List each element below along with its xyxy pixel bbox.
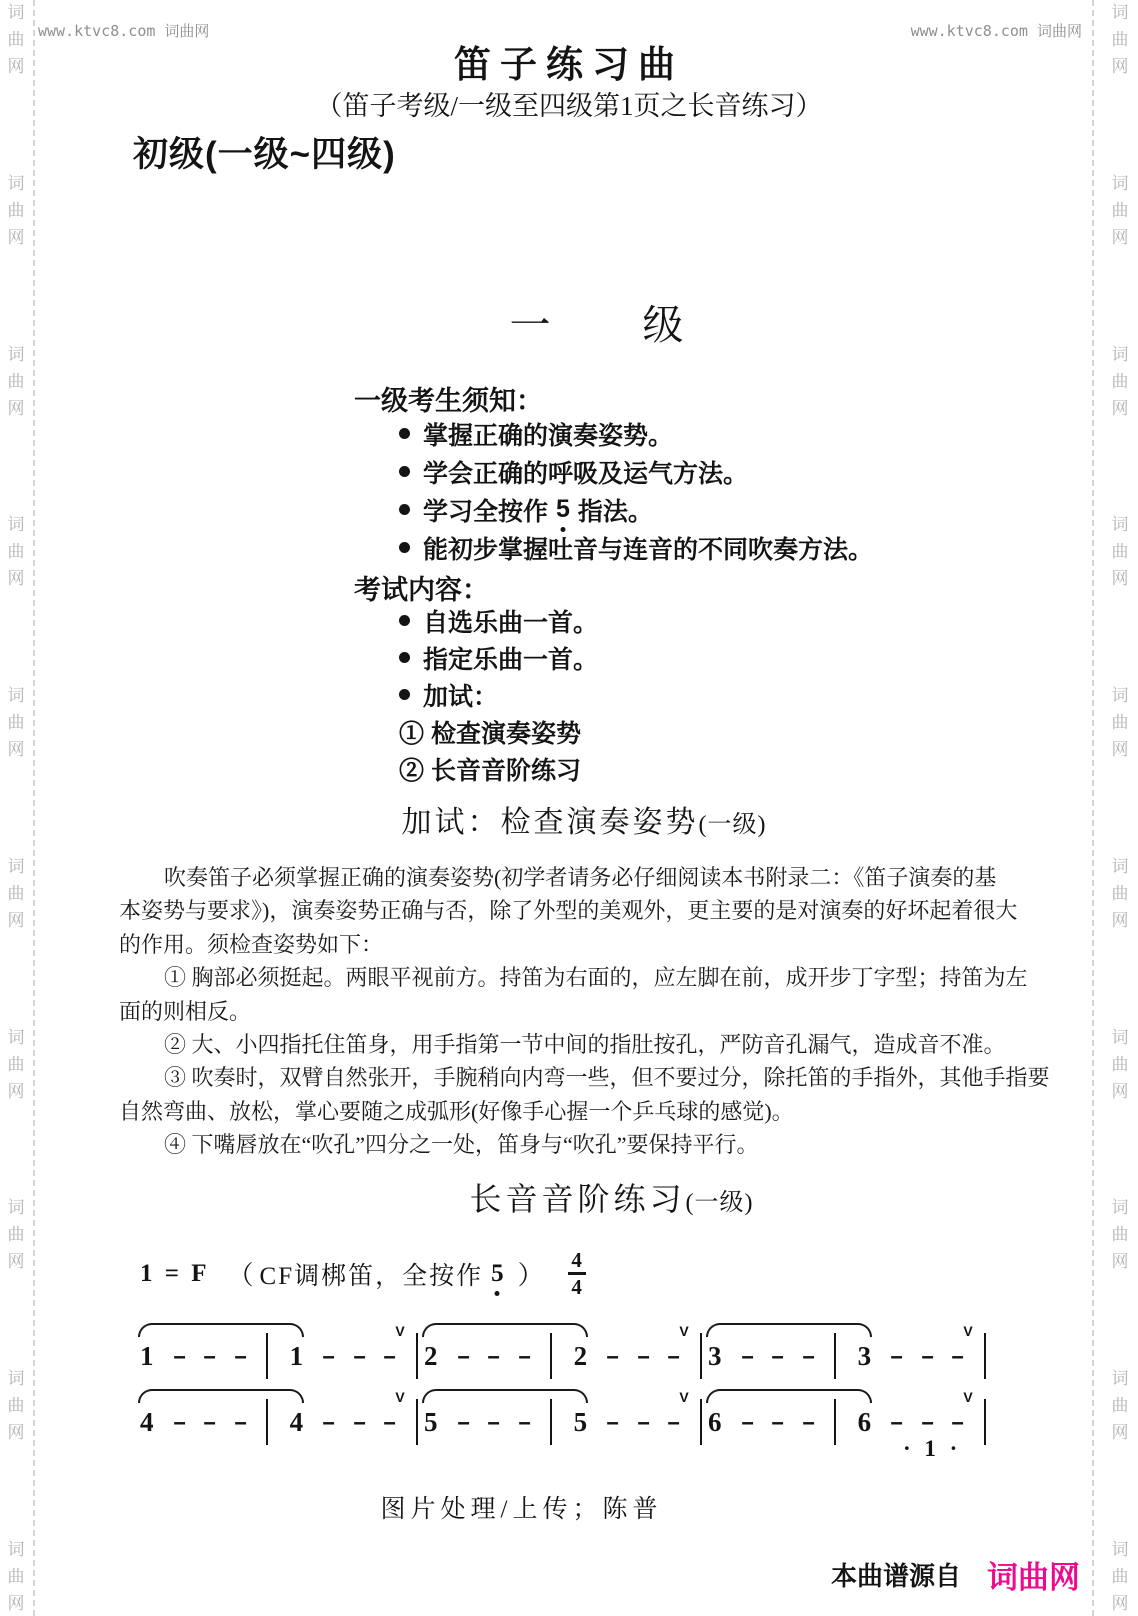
notice-item-text: 学习全按作 [423,492,548,528]
notice-item-label: 学习全按作 5 指法。 [423,492,653,528]
dash: - [921,1342,935,1370]
grade-char-1: 一 [510,302,551,348]
watermark-char: 网 [1112,570,1129,587]
watermark-char: 网 [1112,1253,1129,1270]
source-brand-logo: 词曲网 [987,1552,1080,1597]
bullet-icon [399,504,410,515]
notice-item: 能初步掌握吐音与连音的不同吹奏方法。 [399,535,873,560]
watermark-char: 曲 [8,1568,25,1585]
watermark-char: 网 [1112,741,1129,758]
posture-heading-main: 加试：检查演奏姿势 [402,806,699,839]
dash: - [740,1342,754,1370]
dash: - [801,1342,815,1370]
dash-with-breath: - V [385,1408,394,1436]
level-heading: 初级(一级~四级) [133,127,396,177]
dash: - [322,1342,336,1370]
watermark-char: 曲 [1112,714,1129,731]
exam-sub-item-label: ② 长音音阶练习 [399,751,581,787]
bullet-icon [399,652,410,663]
watermark-char: 网 [8,741,25,758]
note: 5 [574,1409,588,1436]
paragraph-line: ④ 下嘴唇放在“吹孔”四分之一处，笛身与“吹孔”要保持平行。 [119,1128,1029,1161]
scanned-sheet-page: www.ktvc8.com 词曲网 www.ktvc8.com 词曲网 词曲网词… [0,0,1138,1616]
paragraph-line: ② 大、小四指托住笛身，用手指第一节中间的指肚按孔，严防音孔漏气，造成音不准。 [119,1028,1029,1061]
watermark-char: 网 [8,1595,25,1612]
watermark-group: 词曲网 [3,1541,29,1612]
watermark-char: 网 [1112,912,1129,929]
music-notation: 1 - - - 1 - - - V 2 - - - [138,1330,990,1462]
dash: - [801,1408,815,1436]
exam-item: 自选乐曲一首。 [399,608,598,633]
barline [266,1399,268,1445]
page-subtitle: （笛子考级/一级至四级第1页之长音练习） [0,84,1138,123]
note: 1 [290,1343,304,1370]
watermark-char: 词 [8,687,25,704]
exam-sub-item-label: ① 检查演奏姿势 [399,714,581,750]
watermark-group: 词曲网 [1107,1029,1133,1100]
breath-mark-icon: V [395,1323,404,1339]
slur-arc [138,1323,304,1337]
dash: - [890,1342,904,1370]
dash: - [456,1408,470,1436]
note: 6 [858,1409,872,1436]
key-signature: 1 = F （ CF调梆笛，全按作 5 ） 4 4 [140,1249,586,1298]
dash: - [456,1342,470,1370]
watermark-char: 网 [1112,1595,1129,1612]
page-number: · 1 · [903,1436,961,1462]
dash-with-breath: - V [385,1342,394,1370]
note: 6 [708,1409,722,1436]
bullet-icon [399,615,410,626]
watermark-char: 网 [1112,400,1129,417]
bullet-icon [399,542,410,553]
barline [984,1399,986,1445]
watermark-group: 词曲网 [3,858,29,929]
exam-heading: 考试内容： [354,568,489,607]
watermark-group: 词曲网 [3,175,29,246]
dash: - [233,1408,247,1436]
watermark-char: 曲 [8,373,25,390]
note: 4 [290,1409,304,1436]
barline [834,1399,836,1445]
watermark-group: 词曲网 [1107,858,1133,929]
exam-list: 自选乐曲一首。 指定乐曲一首。 加试： ① 检查演奏姿势 ② 长音音阶练习 [399,608,598,781]
dash: - [203,1408,217,1436]
grade-char-2: 级 [643,302,684,348]
watermark-char: 词 [8,1541,25,1558]
dash: - [172,1408,186,1436]
paragraph-line: 本姿势与要求》)，演奏姿势正确与否，除了外型的美观外，更主要的是对演奏的好坏起着… [119,894,1029,927]
barline [834,1333,836,1379]
music-line: 1 - - - 1 - - - V 2 - - - [138,1330,990,1382]
exam-item-label: 加试： [423,677,498,713]
dash: - [353,1408,367,1436]
dash: - [487,1342,501,1370]
watermark-char: 曲 [1112,1568,1129,1585]
watermark-char: 词 [1112,1370,1129,1387]
time-denominator: 4 [571,1276,582,1298]
watermark-char: 网 [1112,229,1129,246]
dash-with-breath: - V [669,1342,678,1370]
dash: - [667,1342,681,1370]
key-description: CF调梆笛，全按作 [260,1256,484,1292]
watermark-group: 词曲网 [3,1370,29,1441]
dash: - [172,1342,186,1370]
breath-mark-icon: V [395,1389,404,1405]
watermark-char: 词 [1112,4,1129,21]
bullet-icon [399,466,410,477]
exam-sub-item: ① 检查演奏姿势 [399,719,598,744]
dash: - [353,1342,367,1370]
watermark-group: 词曲网 [1107,346,1133,417]
music-phrase: 1 - - - 1 - - - V [138,1330,422,1382]
barline [984,1333,986,1379]
dash: - [921,1408,935,1436]
music-phrase: 4 - - - 4 - - - V [138,1396,422,1448]
watermark-char: 词 [1112,175,1129,192]
watermark-char: 词 [1112,858,1129,875]
paragraph-line: 的作用。须检查姿势如下： [119,928,1029,961]
paragraph-line: 面的则相反。 [119,995,1029,1028]
low-octave-note: 5 [491,1260,504,1288]
note: 5 [556,495,570,523]
watermark-char: 曲 [1112,373,1129,390]
paragraph-line: 自然弯曲、放松，掌心要随之成弧形(好像手心握一个乒乓球的感觉)。 [119,1095,1029,1128]
watermark-char: 网 [1112,1424,1129,1441]
watermark-group: 词曲网 [1107,1370,1133,1441]
music-phrase: 3 - - - 3 - - - V [706,1330,990,1382]
dash: - [951,1408,965,1436]
watermark-group: 词曲网 [3,1029,29,1100]
dash: - [637,1408,651,1436]
slur-arc [706,1389,872,1403]
watermark-char: 词 [1112,1029,1129,1046]
note: 5 [424,1409,438,1436]
notice-heading: 一级考生须知： [354,379,543,418]
watermark-char: 曲 [8,543,25,560]
dash-with-breath: - V [669,1408,678,1436]
watermark-char: 网 [8,1424,25,1441]
watermark-char: 词 [8,1029,25,1046]
grade-heading: 一级 [0,292,1138,351]
watermark-char: 网 [1112,1083,1129,1100]
page-title: 笛子练习曲 [0,34,1138,88]
dash: - [890,1408,904,1436]
dash: - [606,1408,620,1436]
barline [550,1399,552,1445]
notice-item-label: 能初步掌握吐音与连音的不同吹奏方法。 [423,530,873,566]
watermark-char: 词 [8,516,25,533]
watermark-char: 词 [1112,1541,1129,1558]
watermark-group: 词曲网 [3,516,29,587]
note: 3 [708,1343,722,1370]
watermark-char: 词 [8,4,25,21]
notice-item: 学会正确的呼吸及运气方法。 [399,459,873,484]
paragraph-line: ① 胸部必须挺起。两眼平视前方。持笛为右面的，应左脚在前，成开步丁字型；持笛为左 [119,961,1029,994]
notice-item-label: 掌握正确的演奏姿势。 [423,416,673,452]
paren-open: （ [228,1255,254,1292]
barline [416,1333,418,1379]
watermark-char: 曲 [8,885,25,902]
barline [550,1333,552,1379]
exam-item: 加试： [399,682,598,707]
dash: - [517,1342,531,1370]
watermark-char: 曲 [8,1226,25,1243]
watermark-char: 曲 [1112,1397,1129,1414]
dash: - [233,1342,247,1370]
watermark-char: 网 [8,400,25,417]
exam-item-label: 指定乐曲一首。 [423,640,598,676]
watermark-char: 曲 [8,1056,25,1073]
watermark-group: 词曲网 [1107,687,1133,758]
low-octave-note: 5 [556,495,570,524]
exam-item: 指定乐曲一首。 [399,645,598,670]
watermark-char: 词 [8,858,25,875]
barline [700,1399,702,1445]
barline [416,1399,418,1445]
time-signature: 4 4 [568,1249,586,1298]
dash: - [606,1342,620,1370]
paragraph-line: 吹奏笛子必须掌握正确的演奏姿势(初学者请务必仔细阅读本书附录二：《笛子演奏的基 [119,861,1029,894]
dash: - [203,1342,217,1370]
watermark-char: 网 [8,570,25,587]
watermark-group: 词曲网 [3,687,29,758]
watermark-char: 词 [8,175,25,192]
notice-item-label: 学会正确的呼吸及运气方法。 [423,454,748,490]
slur-arc [138,1389,304,1403]
notice-item-text: 指法。 [578,492,653,528]
dash: - [322,1408,336,1436]
posture-paragraph: 吹奏笛子必须掌握正确的演奏姿势(初学者请务必仔细阅读本书附录二：《笛子演奏的基 … [119,861,1029,1162]
practice-heading-suffix: (一级) [686,1190,754,1216]
music-phrase: 5 - - - 5 - - - V [422,1396,706,1448]
watermark-char: 网 [8,1253,25,1270]
upload-credit: 图片处理/上传；陈普 [0,1489,1138,1525]
source-line: 本曲谱源自 词曲网 [831,1552,1080,1597]
notice-item: 学习全按作 5 指法。 [399,497,873,522]
watermark-char: 网 [8,1083,25,1100]
dash: - [771,1342,785,1370]
note: 1 [140,1343,154,1370]
dash: - [517,1408,531,1436]
watermark-char: 词 [8,1370,25,1387]
dash: - [487,1408,501,1436]
dash: - [951,1342,965,1370]
watermark-char: 网 [8,912,25,929]
note: 3 [858,1343,872,1370]
music-line: 4 - - - 4 - - - V 5 - - - [138,1396,990,1448]
barline [266,1333,268,1379]
source-label: 本曲谱源自 [831,1556,961,1593]
watermark-char: 曲 [1112,885,1129,902]
paren-close: ） [518,1255,544,1292]
breath-mark-icon: V [963,1323,972,1339]
watermark-char: 曲 [1112,202,1129,219]
exam-item-label: 自选乐曲一首。 [423,603,598,639]
exam-sub-item: ② 长音音阶练习 [399,756,598,781]
dash: - [383,1408,397,1436]
slur-arc [706,1323,872,1337]
watermark-char: 曲 [1112,1226,1129,1243]
watermark-char: 曲 [1112,543,1129,560]
watermark-char: 网 [8,229,25,246]
breath-mark-icon: V [963,1389,972,1405]
watermark-char: 词 [1112,687,1129,704]
watermark-char: 词 [1112,516,1129,533]
notice-item: 掌握正确的演奏姿势。 [399,421,873,446]
watermark-char: 曲 [8,202,25,219]
posture-heading: 加试：检查演奏姿势(一级) [0,797,1138,841]
practice-heading-main: 长音音阶练习 [470,1181,686,1217]
note: 5 [491,1260,504,1287]
bullet-icon [399,428,410,439]
posture-heading-suffix: (一级) [699,812,767,838]
note: 2 [424,1343,438,1370]
breath-mark-icon: V [679,1323,688,1339]
watermark-group: 词曲网 [3,346,29,417]
time-numerator: 4 [571,1249,582,1271]
note: 2 [574,1343,588,1370]
note: 4 [140,1409,154,1436]
low-octave-dot-icon [560,527,565,532]
watermark-char: 曲 [1112,1056,1129,1073]
key-tonic: 1 = F [140,1260,210,1288]
low-octave-dot-icon [495,1291,500,1296]
slur-arc [422,1389,588,1403]
music-phrase: 2 - - - 2 - - - V [422,1330,706,1382]
practice-heading: 长音音阶练习(一级) [0,1174,1138,1220]
watermark-group: 词曲网 [1107,1541,1133,1612]
notice-list: 掌握正确的演奏姿势。 学会正确的呼吸及运气方法。 学习全按作 5 指法。 能初步… [399,421,873,560]
breath-mark-icon: V [679,1389,688,1405]
bullet-icon [399,689,410,700]
dash: - [637,1342,651,1370]
barline [700,1333,702,1379]
dash-with-breath: - V [953,1408,962,1436]
dash: - [740,1408,754,1436]
dash: - [771,1408,785,1436]
watermark-char: 曲 [8,714,25,731]
dash: - [667,1408,681,1436]
watermark-group: 词曲网 [1107,175,1133,246]
dash: - [383,1342,397,1370]
slur-arc [422,1323,588,1337]
watermark-char: 曲 [8,1397,25,1414]
dash-with-breath: - V [953,1342,962,1370]
watermark-group: 词曲网 [1107,516,1133,587]
paragraph-line: ③ 吹奏时，双臂自然张开，手腕稍向内弯一些，但不要过分，除托笛的手指外，其他手指… [119,1061,1029,1094]
